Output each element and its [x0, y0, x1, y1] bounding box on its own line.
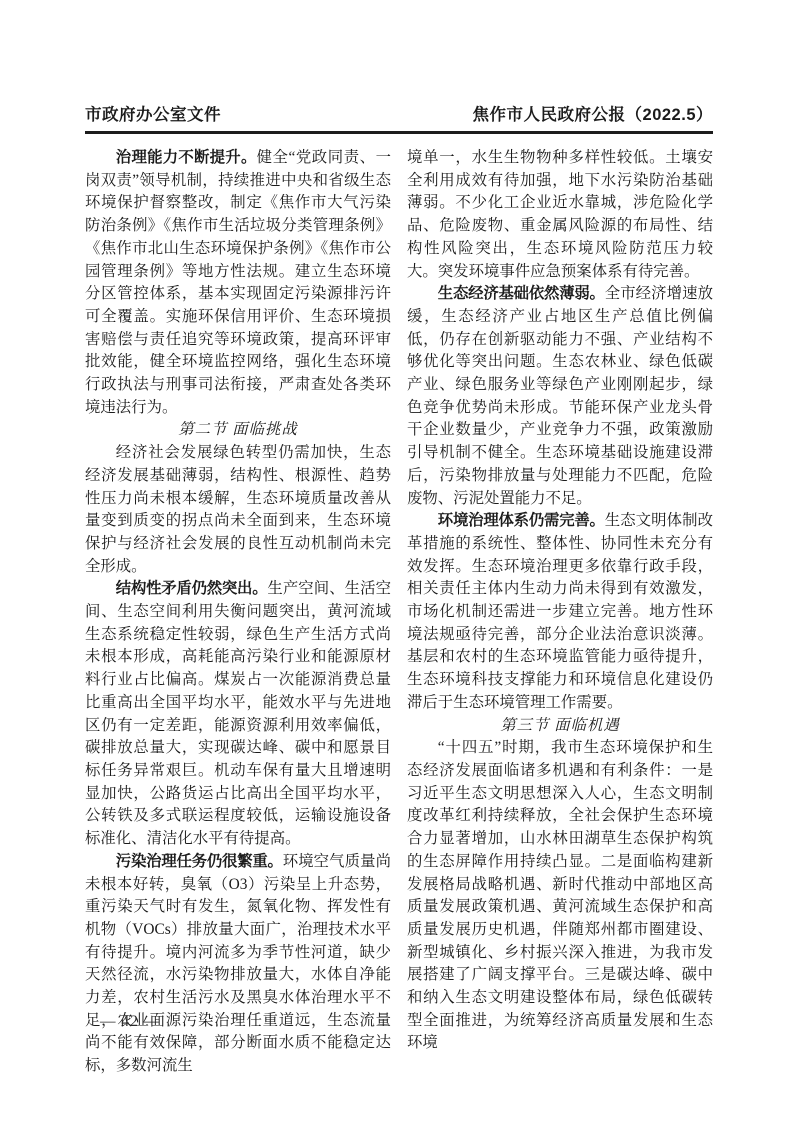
page-footer: — 42 —	[100, 1013, 160, 1031]
section-heading: 第三节 面临机遇	[407, 715, 713, 738]
left-column: 治理能力不断提升。健全“党政同责、一岗双责”领导机制，持续推进中央和省级生态环境…	[85, 147, 391, 1078]
header-right-title: 焦作市人民政府公报（2022.5）	[473, 101, 713, 125]
body-paragraph: 境单一，水生生物物种多样性较低。土壤安全利用成效有待加强，地下水污染防治基础薄弱…	[407, 147, 713, 283]
right-column: 境单一，水生生物物种多样性较低。土壤安全利用成效有待加强，地下水污染防治基础薄弱…	[407, 147, 713, 1078]
body-paragraph: 环境治理体系仍需完善。生态文明体制改革措施的系统性、整体性、协同性未充分有效发挥…	[407, 510, 713, 714]
body-paragraph: 经济社会发展绿色转型仍需加快，生态经济发展基础薄弱，结构性、根源性、趋势性压力尚…	[85, 442, 391, 578]
body-paragraph: 生态经济基础依然薄弱。全市经济增速放缓，生态经济产业占地区生产总值比例偏低，仍存…	[407, 283, 713, 510]
paragraph-lead: 污染治理任务仍很繁重。	[116, 853, 283, 870]
body-paragraph: 结构性矛盾仍然突出。生产空间、生活空间、生态空间利用失衡问题突出，黄河流域生态系…	[85, 578, 391, 850]
paragraph-lead: 治理能力不断提升。	[116, 149, 257, 166]
paragraph-lead: 环境治理体系仍需完善。	[438, 512, 605, 529]
body-paragraph: “十四五”时期，我市生态环境保护和生态经济发展面临诸多机遇和有利条件：一是习近平…	[407, 737, 713, 1055]
page-number: — 42 —	[100, 1013, 160, 1030]
page-header: 市政府办公室文件 焦作市人民政府公报（2022.5）	[85, 101, 713, 134]
body-paragraph: 治理能力不断提升。健全“党政同责、一岗双责”领导机制，持续推进中央和省级生态环境…	[85, 147, 391, 419]
document-body: 治理能力不断提升。健全“党政同责、一岗双责”领导机制，持续推进中央和省级生态环境…	[85, 147, 713, 1078]
paragraph-lead: 结构性矛盾仍然突出。	[116, 580, 268, 597]
body-paragraph: 污染治理任务仍很繁重。环境空气质量尚未根本好转，臭氧（O3）污染呈上升态势，重污…	[85, 851, 391, 1078]
gazette-page: 市政府办公室文件 焦作市人民政府公报（2022.5） 治理能力不断提升。健全“党…	[0, 0, 793, 1122]
header-left-title: 市政府办公室文件	[85, 101, 221, 125]
paragraph-lead: 生态经济基础依然薄弱。	[438, 285, 605, 302]
section-heading: 第二节 面临挑战	[85, 419, 391, 442]
